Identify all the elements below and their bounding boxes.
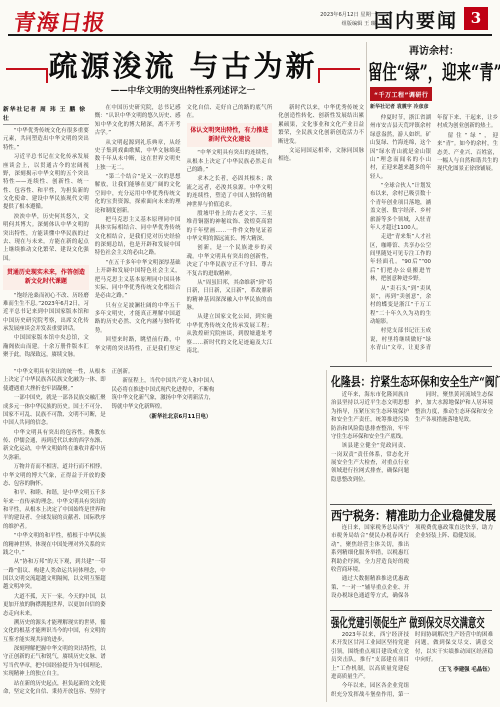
headline-deco-right bbox=[318, 68, 360, 70]
main-subhead-2: 体认文明突出特性，有力推进新时代文化建设 bbox=[187, 123, 273, 148]
main-article-body-bottom: “中华文明具有突出的统一性，从根本上决定了中华民族各民族文化融为一体、即使遭遇重… bbox=[3, 368, 323, 702]
page-number-badge: 3 bbox=[464, 7, 488, 30]
dangjian-body: 2023年以来，西宁经济技术开发区甘河工业园区坚持党建引领，围绕重点项目建设成立… bbox=[331, 631, 493, 703]
headline-deco-left-v bbox=[46, 68, 48, 83]
hualong-paragraphs: 近年来，海东市化隆回族自治县坚持以习近平生态文明思想为指导，压紧压实生态环境保护… bbox=[331, 391, 493, 501]
hualong-body: 近年来，海东市化隆回族自治县坚持以习近平生态文明思想为指导，压紧压实生态环境保护… bbox=[331, 391, 493, 501]
tax-headline: 西宁税务：精准助力企业稳健发展 bbox=[331, 506, 496, 524]
rule-above-dangjian bbox=[330, 610, 492, 611]
vertical-divider-bottom bbox=[326, 370, 327, 702]
rule-above-tax bbox=[330, 504, 492, 505]
main-article-headline: 疏源浚流 与古为新 bbox=[0, 44, 366, 85]
main-article-byline: 新华社记者 周 玮 王 鹏 徐 壮 bbox=[3, 104, 89, 125]
date-line: 2023年6月12日 星期一 bbox=[266, 11, 376, 20]
date-editor-block: 2023年6月12日 星期一 组版编辑 王 臻 bbox=[266, 11, 376, 29]
rule-above-hualong bbox=[330, 366, 492, 367]
yucun-body: 仲夏时节，浙江省湖州市安吉县天荒坪镇余村绿意盎然，游人如织。矿山复绿、竹海连绵，… bbox=[370, 114, 498, 360]
editor-line: 组版编辑 王 臻 bbox=[266, 20, 376, 29]
yucun-kicker: 再访余村： bbox=[370, 42, 498, 57]
vertical-divider-top bbox=[366, 42, 367, 362]
main-article-endnote: （新华社北京6月11日电） bbox=[112, 412, 215, 420]
main-paragraphs-a: “中华优秀传统文化有很多重要元素，共同塑造出中华文明的突出特性。”习近平总书记在… bbox=[3, 127, 89, 263]
yucun-paragraphs: 仲夏时节，浙江省湖州市安吉县天荒坪镇余村绿意盎然，游人如织。矿山复绿、竹海连绵，… bbox=[370, 114, 498, 360]
tax-paragraphs: 连日来，国家税务总局西宁市税务局结合“便民办税春风行动”，聚焦经营主体关切，推出… bbox=[331, 524, 493, 606]
yucun-headline: 留住“绿”，迎来“青” bbox=[368, 56, 500, 85]
newspaper-page: { "header": { "masthead": "青海日报", "date"… bbox=[0, 0, 500, 707]
section-title: 国内要闻 bbox=[374, 6, 458, 33]
main-article-subtitle: ——中华文明的突出特性系列述评之一 bbox=[0, 84, 366, 96]
yucun-series-label: “千万工程”调研行 bbox=[370, 87, 432, 101]
dangjian-signature: （王飞 李建强 毛晶钰） bbox=[415, 665, 493, 673]
hualong-headline: 化隆县：拧紧生态环保和安全生产“阀门” bbox=[331, 372, 500, 390]
header-rule bbox=[8, 34, 492, 36]
main-subhead-1: 贯通历史现实未来，作答创造新文化时代课题 bbox=[3, 265, 89, 290]
dangjian-headline: 强化党建引领促生产 做到保交尽交满意交 bbox=[331, 613, 485, 631]
yucun-byline: 新华社记者 袁震宇 冷彦彦 bbox=[370, 103, 428, 110]
tax-body: 连日来，国家税务总局西宁市税务局结合“便民办税春风行动”，聚焦经营主体关切，推出… bbox=[331, 524, 493, 606]
masthead-logo: 青海日报 bbox=[12, 6, 108, 37]
headline-deco-right-v bbox=[318, 68, 320, 83]
main-article-body-top: 新华社记者 周 玮 王 鹏 徐 壮 “中华优秀传统文化有很多重要元素，共同塑造出… bbox=[3, 104, 364, 362]
headline-deco-left bbox=[6, 68, 48, 70]
